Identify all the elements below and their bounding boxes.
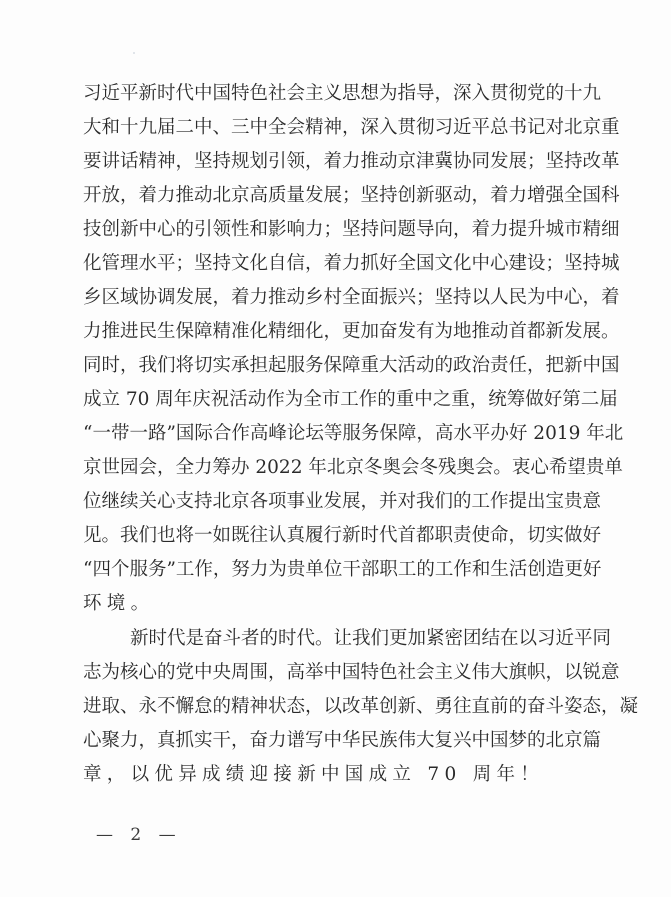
paragraph-1: 习近平新时代中国特色社会主义思想为指导，深入贯彻党的十九 大和十九届二中、三中全… bbox=[83, 77, 587, 621]
text-line: 环境。 bbox=[83, 587, 587, 621]
text-line: 见。我们也将一如既往认真履行新时代首都职责使命，切实做好 bbox=[83, 519, 587, 553]
text-line: 心聚力，真抓实干，奋力谱写中华民族伟大复兴中国梦的北京篇 bbox=[83, 724, 587, 758]
text-line: 进取、永不懈怠的精神状态，以改革创新、勇往直前的奋斗姿态，凝 bbox=[83, 690, 587, 724]
text-line: 开放，着力推动北京高质量发展；坚持创新驱动，着力增强全国科 bbox=[83, 179, 587, 213]
document-page: 习近平新时代中国特色社会主义思想为指导，深入贯彻党的十九 大和十九届二中、三中全… bbox=[0, 0, 671, 897]
text-line: 成立 70 周年庆祝活动作为全市工作的重中之重，统筹做好第二届 bbox=[83, 383, 587, 417]
text-line: 同时，我们将切实承担起服务保障重大活动的政治责任，把新中国 bbox=[83, 349, 587, 383]
page-number: — 2 — bbox=[96, 824, 182, 846]
text-line: 新时代是奋斗者的时代。让我们更加紧密团结在以习近平同 bbox=[83, 622, 587, 656]
text-line: 习近平新时代中国特色社会主义思想为指导，深入贯彻党的十九 bbox=[83, 77, 587, 111]
text-line: 化管理水平；坚持文化自信，着力抓好全国文化中心建设；坚持城 bbox=[83, 247, 587, 281]
text-line: 大和十九届二中、三中全会精神，深入贯彻习近平总书记对北京重 bbox=[83, 111, 587, 145]
body-text: 习近平新时代中国特色社会主义思想为指导，深入贯彻党的十九 大和十九届二中、三中全… bbox=[83, 77, 587, 792]
scan-speck bbox=[133, 52, 135, 54]
text-line: 技创新中心的引领性和影响力；坚持问题导向，着力提升城市精细 bbox=[83, 213, 587, 247]
text-line: 位继续关心支持北京各项事业发展，并对我们的工作提出宝贵意 bbox=[83, 485, 587, 519]
text-line: 章，以优异成绩迎接新中国成立 70 周年！ bbox=[83, 758, 587, 792]
text-line: 京世园会，全力筹办 2022 年北京冬奥会冬残奥会。衷心希望贵单 bbox=[83, 451, 587, 485]
text-line: “四个服务”工作，努力为贵单位干部职工的工作和生活创造更好 bbox=[83, 553, 587, 587]
text-line: 志为核心的党中央周围，高举中国特色社会主义伟大旗帜，以锐意 bbox=[83, 656, 587, 690]
text-line: 乡区域协调发展，着力推动乡村全面振兴；坚持以人民为中心，着 bbox=[83, 281, 587, 315]
text-line: 要讲话精神，坚持规划引领，着力推动京津冀协同发展；坚持改革 bbox=[83, 145, 587, 179]
text-line: “一带一路”国际合作高峰论坛等服务保障，高水平办好 2019 年北 bbox=[83, 417, 587, 451]
paragraph-2: 新时代是奋斗者的时代。让我们更加紧密团结在以习近平同 志为核心的党中央周围，高举… bbox=[83, 622, 587, 792]
text-line: 力推进民生保障精准化精细化，更加奋发有为地推动首都新发展。 bbox=[83, 315, 587, 349]
